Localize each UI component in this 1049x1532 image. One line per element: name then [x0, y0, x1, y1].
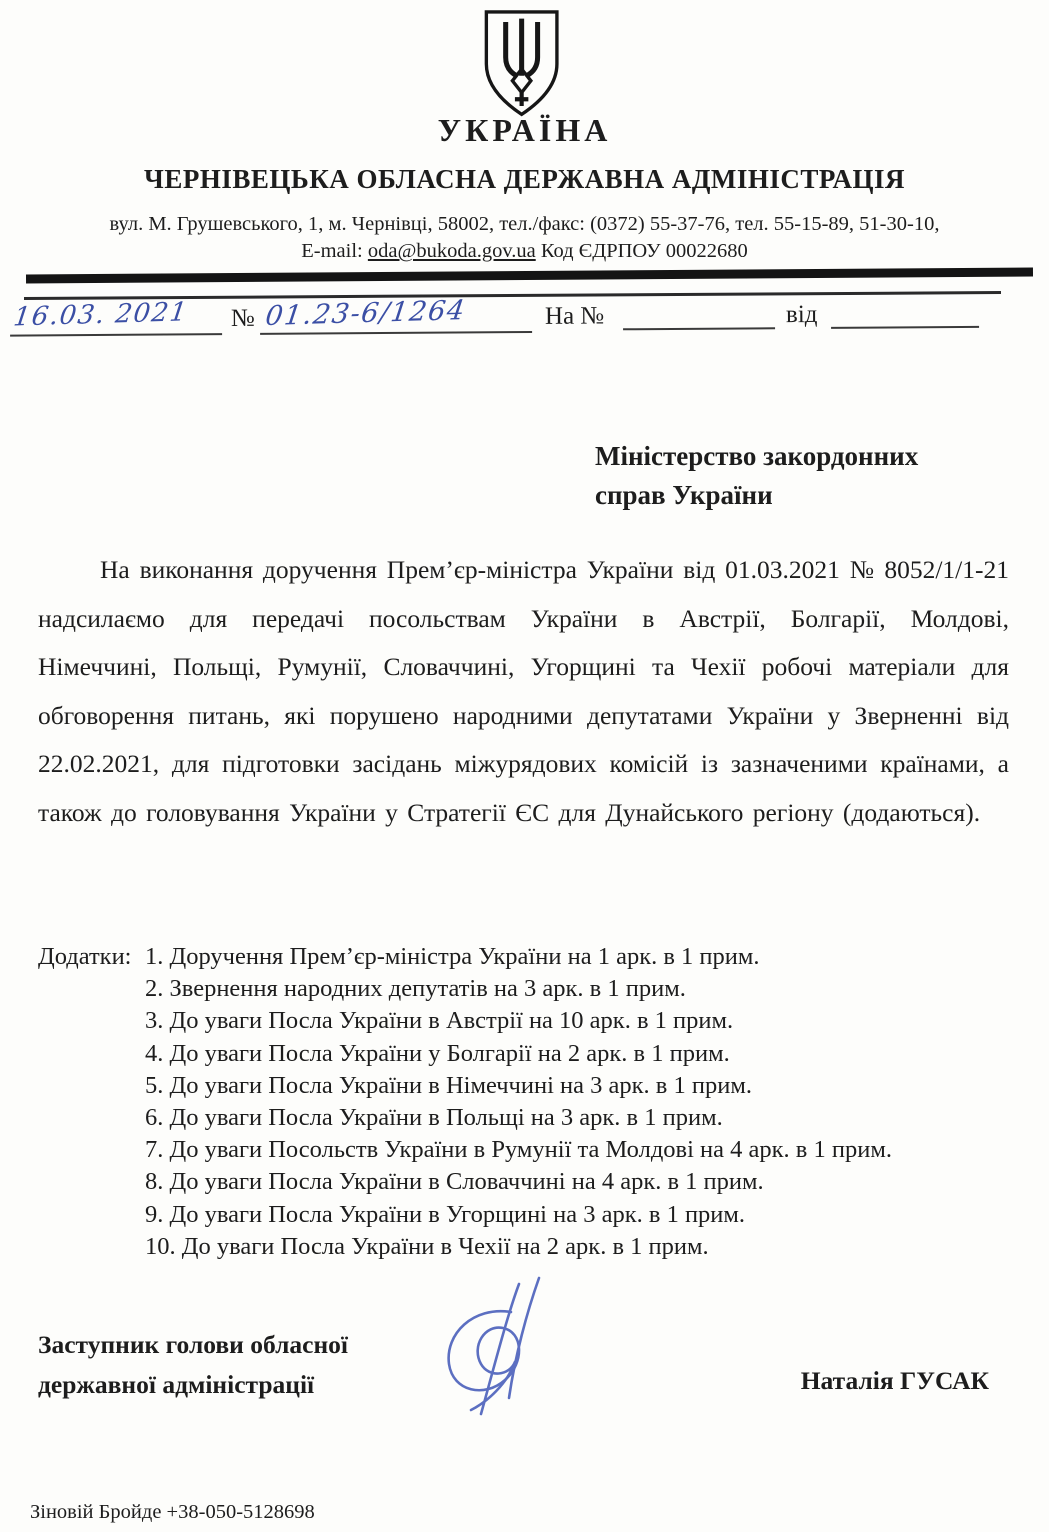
organization-address: вул. М. Грушевського, 1, м. Чернівці, 58… [0, 211, 1049, 265]
signature-scribble-icon [423, 1276, 583, 1431]
body-paragraph: На виконання доручення Прем’єр-міністра … [38, 546, 1009, 837]
attachment-item: 5. До уваги Посла України в Німеччині на… [145, 1070, 892, 1102]
attachment-item: 6. До уваги Посла України в Польщі на 3 … [145, 1102, 892, 1134]
date-field: 16.03. 2021 [10, 299, 222, 336]
outgoing-number-handwritten: 01.23-6/1264 [258, 295, 468, 332]
header-divider-thick [26, 267, 1033, 283]
attachments-section: Додатки: 1. Доручення Прем’єр-міністра У… [38, 941, 892, 1263]
incoming-number-blank [623, 295, 775, 330]
country-title: УКРАЇНА [0, 112, 1049, 149]
email-address: oda@bukoda.gov.ua [368, 240, 536, 262]
address-email-line: E-mail: oda@bukoda.gov.ua Код ЄДРПОУ 000… [0, 238, 1049, 265]
ukraine-trident-icon [479, 8, 563, 125]
address-line: вул. М. Грушевського, 1, м. Чернівці, 58… [0, 211, 1049, 238]
attachment-item: 3. До уваги Посла України в Австрії на 1… [145, 1005, 892, 1037]
outgoing-number-field: 01.23-6/1264 [260, 297, 532, 335]
addressee-line-2: справ України [595, 476, 918, 515]
date-handwritten: 16.03. 2021 [8, 297, 190, 332]
signer-name: Наталія ГУСАК [801, 1366, 989, 1396]
from-date-blank [831, 294, 979, 329]
attachment-item: 4. До уваги Посла України у Болгарії на … [145, 1038, 892, 1070]
from-date-label: від [786, 301, 818, 329]
attachment-item: 2. Звернення народних депутатів на 3 арк… [145, 973, 892, 1005]
addressee-line-1: Міністерство закордонних [595, 437, 918, 476]
attachment-item: 9. До уваги Посла України в Угорщині на … [145, 1199, 892, 1231]
attachments-label: Додатки: [38, 941, 132, 973]
signer-position: Заступник голови обласної державної адмі… [38, 1325, 348, 1405]
scanned-letter-page: УКРАЇНА ЧЕРНІВЕЦЬКА ОБЛАСНА ДЕРЖАВНА АДМ… [0, 0, 1049, 1532]
edrpou-code: Код ЄДРПОУ 00022680 [541, 240, 748, 262]
organization-name: ЧЕРНІВЕЦЬКА ОБЛАСНА ДЕРЖАВНА АДМІНІСТРАЦ… [0, 164, 1049, 195]
incoming-number-label: На № [545, 302, 604, 330]
attachment-item: 10. До уваги Посла України в Чехії на 2 … [145, 1231, 892, 1263]
email-label: E-mail: [301, 240, 362, 262]
attachment-item: 8. До уваги Посла України в Словаччині н… [145, 1166, 892, 1198]
attachments-list: 1. Доручення Прем’єр-міністра України на… [145, 941, 892, 1263]
reference-row: 16.03. 2021 № 01.23-6/1264 На № від [0, 293, 1049, 344]
signer-position-line-2: державної адміністрації [38, 1365, 348, 1405]
number-label: № [231, 305, 255, 333]
attachment-item: 1. Доручення Прем’єр-міністра України на… [145, 941, 892, 973]
signer-position-line-1: Заступник голови обласної [38, 1325, 348, 1365]
executor-contact: Зіновій Бройде +38-050-5128698 [30, 1501, 315, 1524]
addressee-block: Міністерство закордонних справ України [595, 437, 918, 515]
attachment-item: 7. До уваги Посольств України в Румунії … [145, 1134, 892, 1166]
